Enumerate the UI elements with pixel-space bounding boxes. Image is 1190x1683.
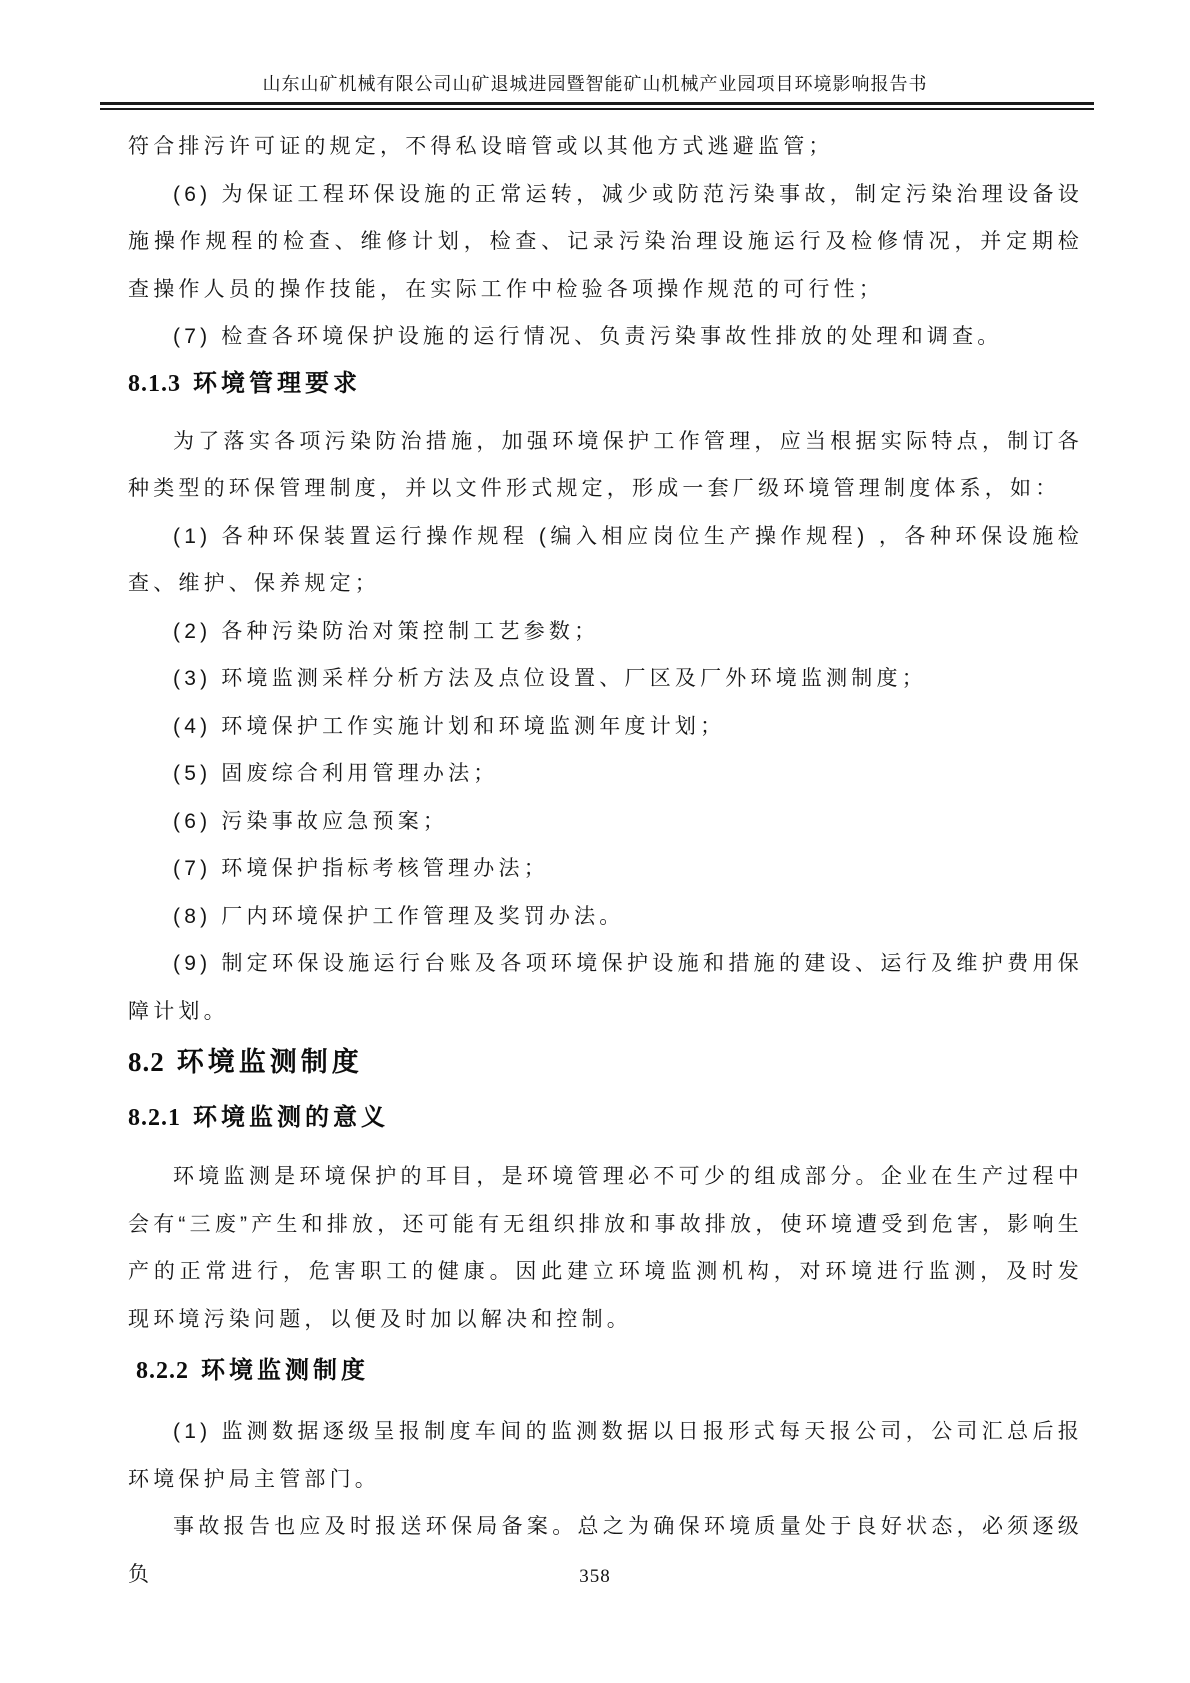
- paragraph-list-5: (5) 固废综合利用管理办法；: [128, 750, 1083, 798]
- paragraph-item-6: (6) 为保证工程环保设施的正常运转，减少或防范污染事故，制定污染治理设备设施操…: [128, 171, 1083, 314]
- heading-number: 8.2.1: [128, 1105, 181, 1131]
- paragraph-list-9: (9) 制定环保设施运行台账及各项环境保护设施和措施的建设、运行及维护费用保障计…: [128, 940, 1083, 1035]
- paragraph-list-6: (6) 污染事故应急预案；: [128, 798, 1083, 846]
- document-page: 山东山矿机械有限公司山矿退城进园暨智能矿山机械产业园项目环境影响报告书 符合排污…: [0, 0, 1190, 1683]
- heading-number: 8.2.2: [136, 1358, 189, 1384]
- paragraph-list-2: (2) 各种污染防治对策控制工艺参数；: [128, 608, 1083, 656]
- section-heading-8-1-3: 8.1.3环境管理要求: [128, 364, 1083, 404]
- section-heading-8-2-1: 8.2.1环境监测的意义: [128, 1098, 1083, 1138]
- running-header: 山东山矿机械有限公司山矿退城进园暨智能矿山机械产业园项目环境影响报告书: [0, 70, 1190, 96]
- heading-title: 环境管理要求: [193, 370, 361, 397]
- heading-title: 环境监测的意义: [193, 1104, 389, 1131]
- document-body: 符合排污许可证的规定，不得私设暗管或以其他方式逃避监管； (6) 为保证工程环保…: [128, 123, 1083, 1598]
- heading-number: 8.1.3: [128, 371, 181, 397]
- paragraph-list-4: (4) 环境保护工作实施计划和环境监测年度计划；: [128, 703, 1083, 751]
- heading-title: 环境监测制度: [201, 1357, 369, 1384]
- heading-number: 8.2: [128, 1047, 165, 1077]
- page-number: 358: [0, 1566, 1190, 1588]
- paragraph-item-7: (7) 检查各环境保护设施的运行情况、负责污染事故性排放的处理和调查。: [128, 313, 1083, 361]
- section-heading-8-2-2: 8.2.2环境监测制度: [128, 1351, 1083, 1391]
- section-heading-8-2: 8.2环境监测制度: [128, 1040, 1083, 1084]
- paragraph-reporting-system: (1) 监测数据逐级呈报制度车间的监测数据以日报形式每天报公司，公司汇总后报环境…: [128, 1408, 1083, 1503]
- paragraph-list-1: (1) 各种环保装置运行操作规程 (编入相应岗位生产操作规程) ，各种环保设施检…: [128, 513, 1083, 608]
- heading-title: 环境监测制度: [177, 1047, 363, 1077]
- header-title: 山东山矿机械有限公司山矿退城进园暨智能矿山机械产业园项目环境影响报告书: [263, 74, 928, 94]
- paragraph-continuation: 符合排污许可证的规定，不得私设暗管或以其他方式逃避监管；: [128, 123, 1083, 171]
- paragraph-list-3: (3) 环境监测采样分析方法及点位设置、厂区及厂外环境监测制度；: [128, 655, 1083, 703]
- paragraph-intro: 为了落实各项污染防治措施，加强环境保护工作管理，应当根据实际特点，制订各种类型的…: [128, 418, 1083, 513]
- paragraph-monitoring-meaning: 环境监测是环境保护的耳目，是环境管理必不可少的组成部分。企业在生产过程中会有“三…: [128, 1153, 1083, 1343]
- header-double-rule: [100, 102, 1094, 110]
- paragraph-list-7: (7) 环境保护指标考核管理办法；: [128, 845, 1083, 893]
- paragraph-list-8: (8) 厂内环境保护工作管理及奖罚办法。: [128, 893, 1083, 941]
